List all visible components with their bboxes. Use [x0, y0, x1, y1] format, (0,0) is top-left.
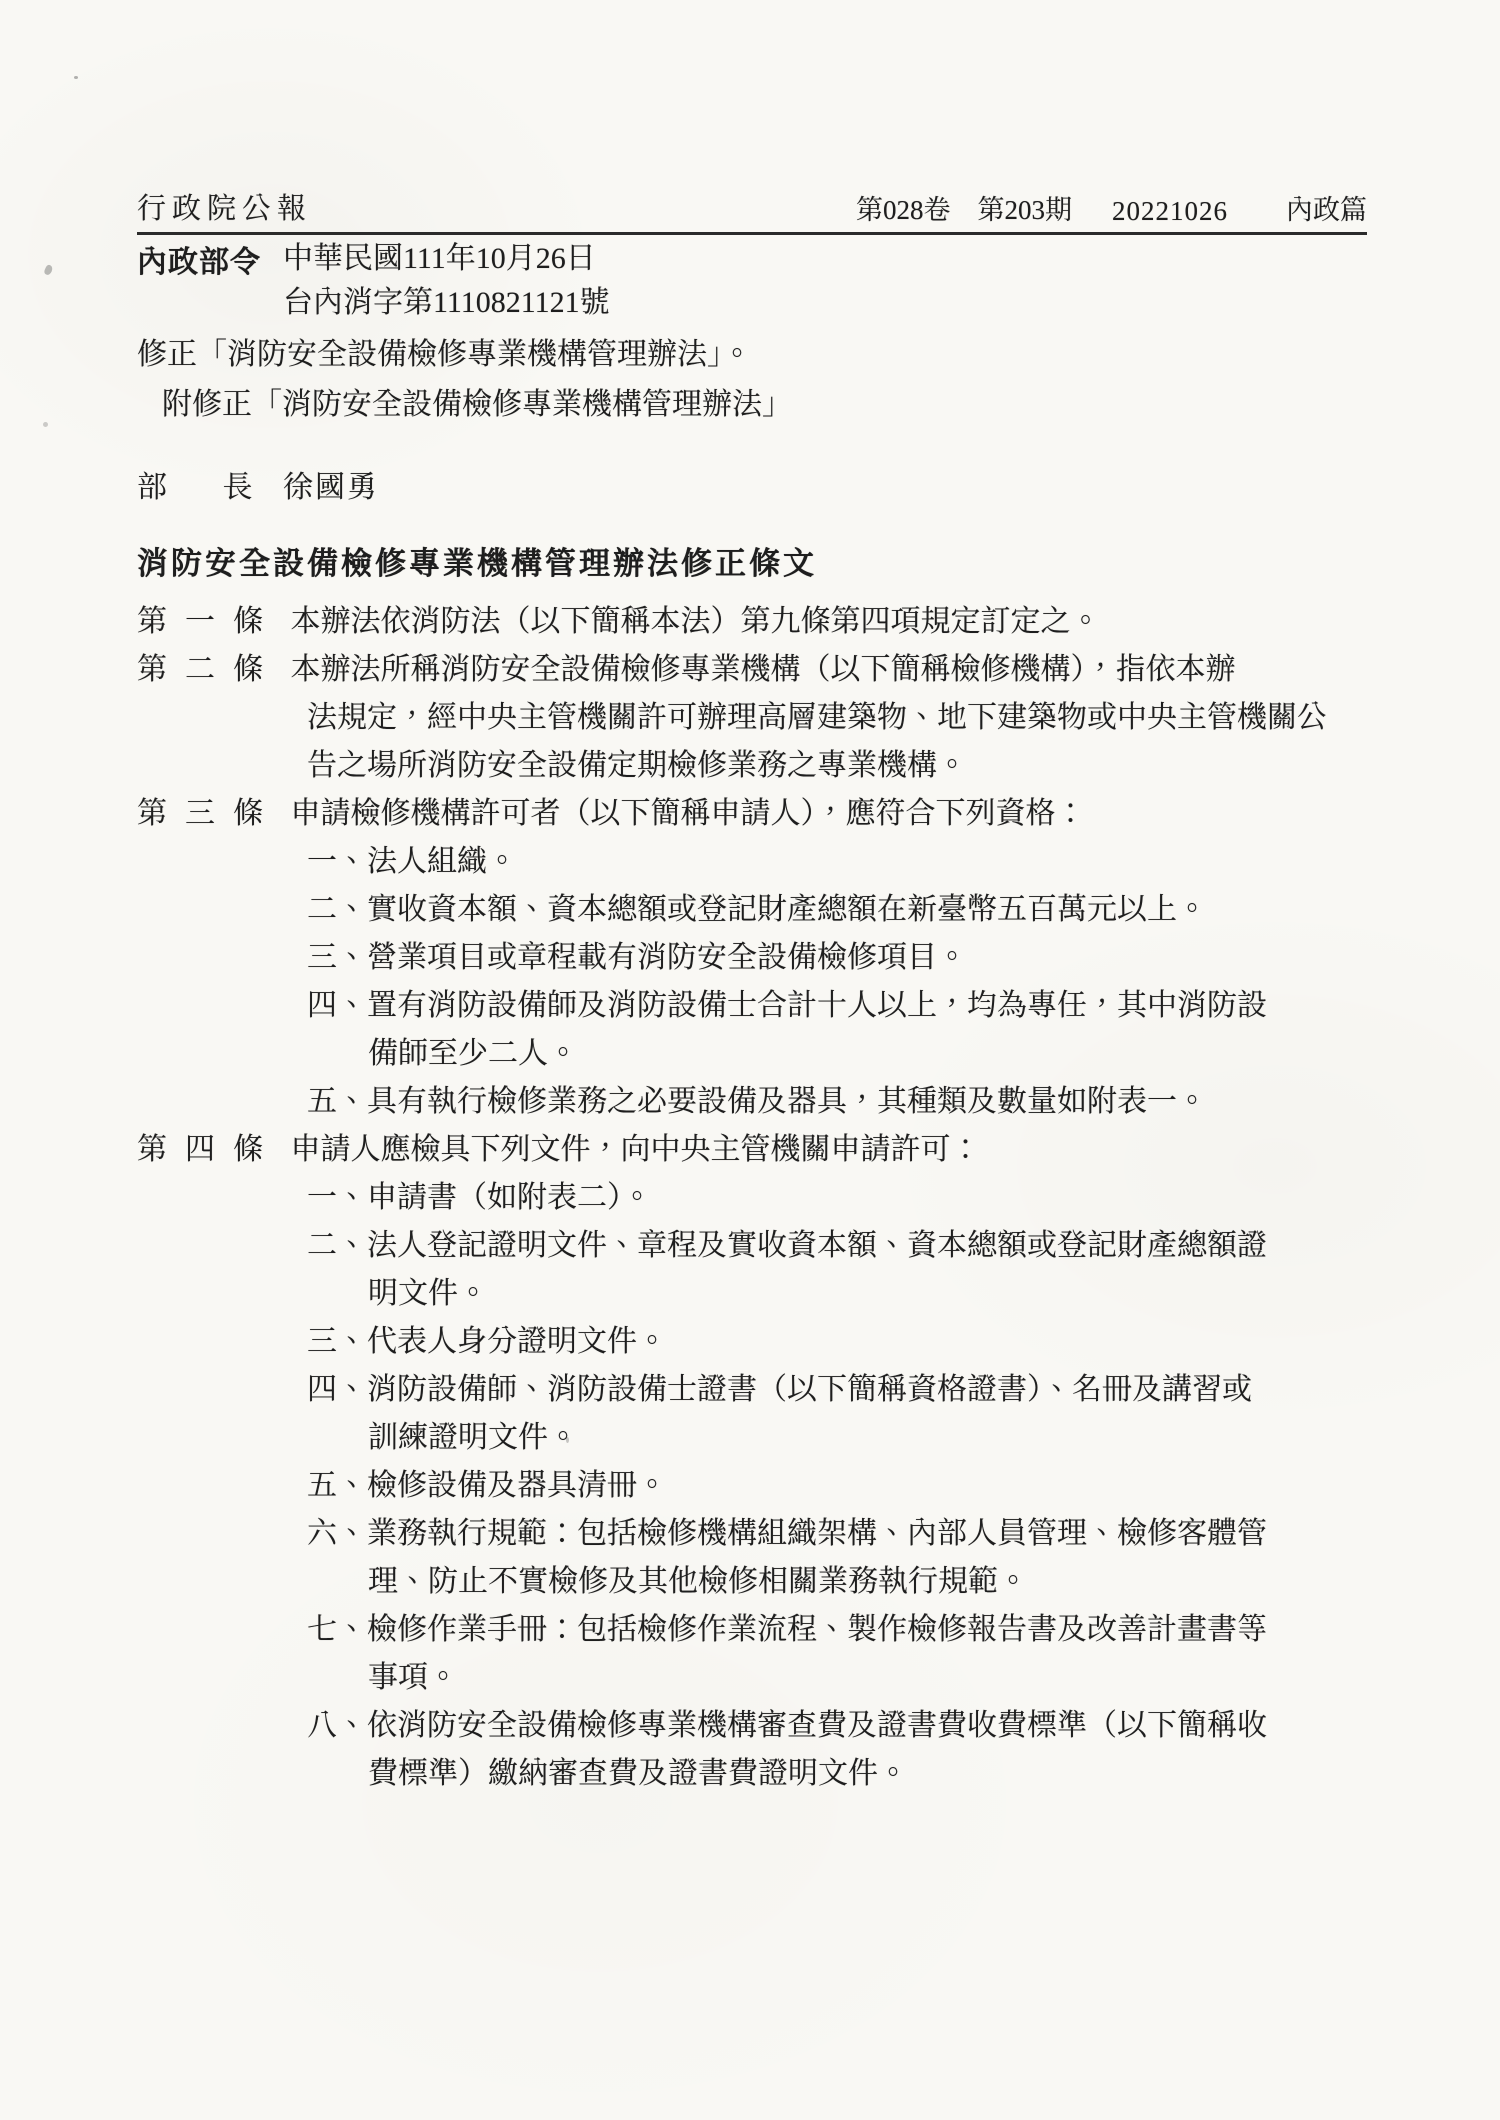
article-number: 一	[185, 598, 215, 646]
list-item-marker: 五、	[307, 1469, 367, 1502]
list-item: 四、置有消防設備師及消防設備士合計十人以上，均為專任，其中消防設	[137, 982, 1327, 1030]
signatory: 部 長 徐國勇	[137, 462, 379, 506]
publish-date: 20221026	[1112, 196, 1228, 227]
order-issuer: 內政部令	[137, 237, 283, 325]
minister-name: 徐國勇	[283, 471, 379, 504]
volume-label: 第028卷	[856, 188, 951, 227]
list-item: 三、代表人身分證明文件。	[137, 1318, 1327, 1366]
article-label: 第 四 條	[137, 1126, 263, 1174]
scan-speck	[74, 76, 78, 79]
issue-label: 第203期	[978, 188, 1073, 227]
ministry-order: 內政部令 中華民國111年10月26日 台內消字第1110821121號	[137, 237, 610, 325]
list-item-text: 置有消防設備師及消防設備士合計十人以上，均為專任，其中消防設	[367, 989, 1267, 1022]
gazette-page: 行政院公報 第028卷 第203期 20221026 內政篇 內政部令 中華民國…	[0, 0, 1500, 2120]
article-text-line: 告之場所消防安全設備定期檢修業務之專業機構。	[137, 742, 1327, 790]
announcement: 修正「消防安全設備檢修專業機構管理辦法」。 附修正「消防安全設備檢修專業機構管理…	[137, 330, 792, 430]
order-date: 中華民國111年10月26日	[283, 237, 610, 281]
list-item-marker: 四、	[307, 1373, 367, 1406]
list-item-text: 代表人身分證明文件。	[367, 1325, 667, 1358]
list-item-text: 法人組織。	[367, 845, 517, 878]
list-item-marker: 五、	[307, 1085, 367, 1118]
document-title: 消防安全設備檢修專業機構管理辦法修正條文	[137, 538, 817, 583]
gazette-title: 行政院公報	[137, 186, 312, 227]
list-item-marker: 七、	[307, 1613, 367, 1646]
article-text: 申請檢修機構許可者（以下簡稱申請人），應符合下列資格：	[291, 797, 1086, 830]
list-item-continuation: 明文件。	[137, 1270, 1327, 1318]
article-heading: 第 四 條 申請人應檢具下列文件，向中央主管機關申請許可：	[137, 1126, 1327, 1174]
article-heading: 第 三 條 申請檢修機構許可者（以下簡稱申請人），應符合下列資格：	[137, 790, 1327, 838]
article-prefix: 第	[137, 790, 167, 838]
list-item-continuation: 費標準）繳納審查費及證書費證明文件。	[137, 1750, 1327, 1798]
article-label: 第 三 條	[137, 790, 263, 838]
article-number: 四	[185, 1126, 215, 1174]
article-suffix: 條	[233, 1126, 263, 1174]
list-item-marker: 二、	[307, 893, 367, 926]
order-meta: 中華民國111年10月26日 台內消字第1110821121號	[283, 237, 610, 325]
article-text: 本辦法依消防法（以下簡稱本法）第九條第四項規定訂定之。	[291, 605, 1101, 638]
amendment-line: 修正「消防安全設備檢修專業機構管理辦法」。	[137, 330, 792, 380]
minister-title-char: 部	[137, 471, 167, 504]
list-item-text: 業務執行規範：包括檢修機構組織架構、內部人員管理、檢修客體管	[367, 1517, 1267, 1550]
list-item: 七、檢修作業手冊：包括檢修作業流程、製作檢修報告書及改善計畫書等	[137, 1606, 1327, 1654]
list-item: 二、實收資本額、資本總額或登記財產總額在新臺幣五百萬元以上。	[137, 886, 1327, 934]
list-item: 二、法人登記證明文件、章程及實收資本額、資本總額或登記財產總額證	[137, 1222, 1327, 1270]
list-item: 四、消防設備師、消防設備士證書（以下簡稱資格證書）、名冊及講習或	[137, 1366, 1327, 1414]
article-heading: 第 二 條 本辦法所稱消防安全設備檢修專業機構（以下簡稱檢修機構），指依本辦	[137, 646, 1327, 694]
article-heading: 第 一 條 本辦法依消防法（以下簡稱本法）第九條第四項規定訂定之。	[137, 598, 1327, 646]
scan-speck	[43, 264, 54, 276]
article-number: 二	[185, 646, 215, 694]
list-item-continuation: 事項。	[137, 1654, 1327, 1702]
list-item-marker: 六、	[307, 1517, 367, 1550]
article-prefix: 第	[137, 1126, 167, 1174]
list-item-text: 法人登記證明文件、章程及實收資本額、資本總額或登記財產總額證	[367, 1229, 1267, 1262]
list-item-continuation: 理、防止不實檢修及其他檢修相關業務執行規範。	[137, 1558, 1327, 1606]
minister-title-char: 長	[223, 471, 253, 504]
article-label: 第 二 條	[137, 646, 263, 694]
article-suffix: 條	[233, 598, 263, 646]
order-ref-number: 台內消字第1110821121號	[283, 281, 610, 325]
articles: 第 一 條 本辦法依消防法（以下簡稱本法）第九條第四項規定訂定之。 第 二 條 …	[137, 598, 1327, 1798]
list-item: 八、依消防安全設備檢修專業機構審查費及證書費收費標準（以下簡稱收	[137, 1702, 1327, 1750]
list-item: 六、業務執行規範：包括檢修機構組織架構、內部人員管理、檢修客體管	[137, 1510, 1327, 1558]
article-label: 第 一 條	[137, 598, 263, 646]
scan-speck	[43, 422, 48, 427]
list-item-marker: 一、	[307, 1181, 367, 1214]
list-item-marker: 二、	[307, 1229, 367, 1262]
attachment-line: 附修正「消防安全設備檢修專業機構管理辦法」	[137, 380, 792, 430]
list-item-marker: 三、	[307, 941, 367, 974]
list-item: 一、法人組織。	[137, 838, 1327, 886]
list-item-marker: 一、	[307, 845, 367, 878]
list-item-marker: 三、	[307, 1325, 367, 1358]
article-text: 本辦法所稱消防安全設備檢修專業機構（以下簡稱檢修機構），指依本辦	[291, 653, 1236, 686]
page-header: 行政院公報 第028卷 第203期 20221026 內政篇	[137, 186, 1367, 235]
article-prefix: 第	[137, 646, 167, 694]
header-meta: 第028卷 第203期 20221026 內政篇	[856, 188, 1367, 227]
article-text: 申請人應檢具下列文件，向中央主管機關申請許可：	[291, 1133, 981, 1166]
list-item-text: 檢修作業手冊：包括檢修作業流程、製作檢修報告書及改善計畫書等	[367, 1613, 1267, 1646]
section-label: 內政篇	[1286, 188, 1367, 227]
article-text-line: 法規定，經中央主管機關許可辦理高層建築物、地下建築物或中央主管機關公	[137, 694, 1327, 742]
list-item: 五、具有執行檢修業務之必要設備及器具，其種類及數量如附表一。	[137, 1078, 1327, 1126]
article-number: 三	[185, 790, 215, 838]
list-item: 三、營業項目或章程載有消防安全設備檢修項目。	[137, 934, 1327, 982]
article-suffix: 條	[233, 646, 263, 694]
article-suffix: 條	[233, 790, 263, 838]
list-item-text: 實收資本額、資本總額或登記財產總額在新臺幣五百萬元以上。	[367, 893, 1207, 926]
list-item-marker: 四、	[307, 989, 367, 1022]
list-item-text: 營業項目或章程載有消防安全設備檢修項目。	[367, 941, 967, 974]
list-item-text: 具有執行檢修業務之必要設備及器具，其種類及數量如附表一。	[367, 1085, 1207, 1118]
list-item-continuation: 備師至少二人。	[137, 1030, 1327, 1078]
list-item: 五、檢修設備及器具清冊。	[137, 1462, 1327, 1510]
article-prefix: 第	[137, 598, 167, 646]
list-item-text: 依消防安全設備檢修專業機構審查費及證書費收費標準（以下簡稱收	[367, 1709, 1267, 1742]
list-item-text: 消防設備師、消防設備士證書（以下簡稱資格證書）、名冊及講習或	[367, 1373, 1252, 1406]
list-item-continuation: 訓練證明文件。	[137, 1414, 1327, 1462]
list-item: 一、申請書（如附表二）。	[137, 1174, 1327, 1222]
list-item-text: 申請書（如附表二）。	[367, 1181, 652, 1214]
list-item-text: 檢修設備及器具清冊。	[367, 1469, 667, 1502]
list-item-marker: 八、	[307, 1709, 367, 1742]
